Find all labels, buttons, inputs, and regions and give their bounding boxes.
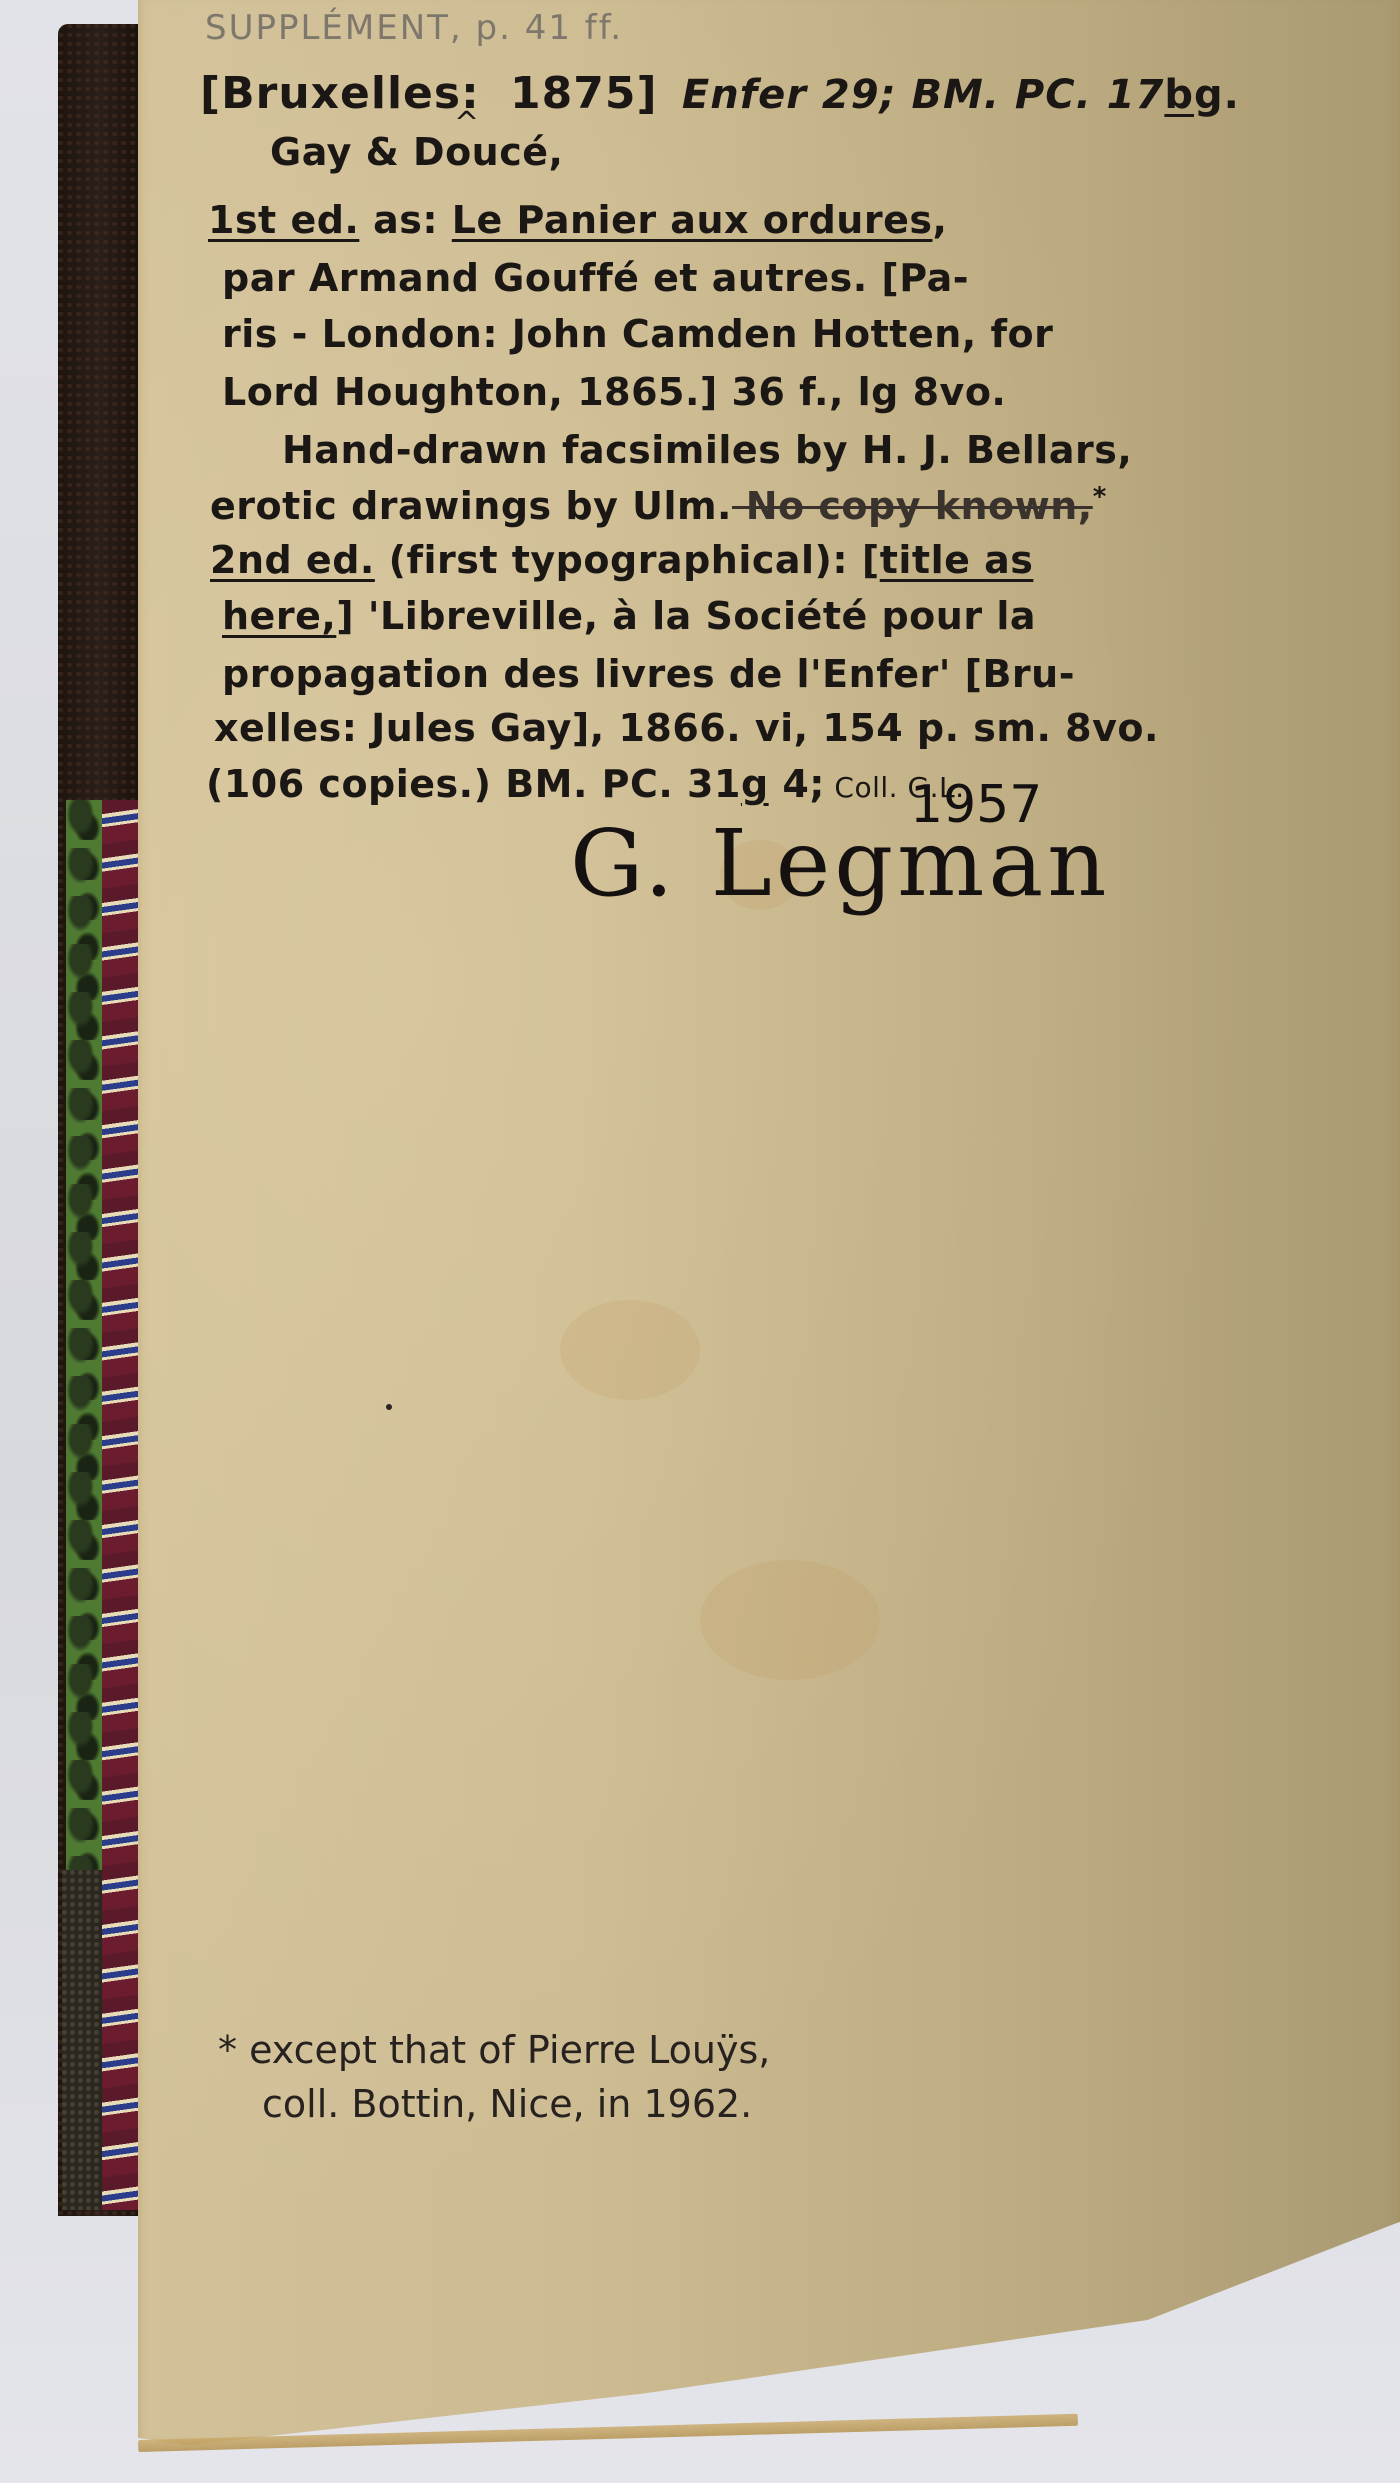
- erotic-drawings-text: erotic drawings by Ulm.: [210, 484, 732, 528]
- no-copy-known-struck: No copy known,: [732, 484, 1093, 528]
- footnote-line-2: coll. Bottin, Nice, in 1962.: [262, 2082, 752, 2126]
- first-edition-label: 1st ed.: [208, 198, 359, 242]
- entry-line-3: 1st ed. as: Le Panier aux ordures,: [208, 198, 947, 242]
- shelfmark-sub: b: [1164, 72, 1194, 118]
- shelfmark-g: g: [741, 762, 769, 806]
- entry-line-2-publishers: Gay & Doucé,: [270, 130, 563, 174]
- marbled-endpaper-strip: [102, 800, 140, 2210]
- entry-line-7: Hand-drawn facsimiles by H. J. Bellars,: [282, 428, 1132, 472]
- shelfmark-4: 4;: [769, 762, 825, 806]
- copies-shelfmark: (106 copies.) BM. PC. 31: [206, 762, 741, 806]
- signature: G. Legman: [570, 810, 1110, 917]
- first-edition-title: Le Panier aux ordures: [452, 198, 933, 242]
- footnote-line-1: * except that of Pierre Louÿs,: [218, 2028, 770, 2072]
- entry-line-4: par Armand Gouffé et autres. [Pa-: [222, 256, 969, 300]
- entry-line-12: xelles: Jules Gay], 1866. vi, 154 p. sm.…: [214, 706, 1159, 750]
- comma: ,: [932, 198, 947, 242]
- libreville-text: ] 'Libreville, à la Société pour la: [336, 594, 1036, 638]
- entry-line-10: here,] 'Libreville, à la Société pour la: [222, 594, 1036, 638]
- second-edition-label: 2nd ed.: [210, 538, 375, 582]
- here-text: here,: [222, 594, 336, 638]
- entry-line-5: ris - London: John Camden Hotten, for: [222, 312, 1053, 356]
- place-bracket: [Bruxelles:: [200, 68, 480, 119]
- entry-line-1: [Bruxelles: 1875] Enfer 29; BM. PC. 17bg…: [200, 68, 1240, 119]
- foxing-stain: [560, 1300, 700, 1400]
- foxing-stain: [700, 1560, 880, 1680]
- leather-board-corner: [62, 1870, 102, 2210]
- shelfmark: Enfer 29; BM. PC. 17: [682, 72, 1164, 118]
- pencil-reference-note: SUPPLÉMENT, p. 41 ff.: [205, 8, 623, 48]
- shelfmark-end: g.: [1194, 72, 1240, 118]
- date-bracket: 1875]: [510, 68, 658, 119]
- as-text: as:: [359, 198, 451, 242]
- entry-line-6: Lord Houghton, 1865.] 36 f., lg 8vo.: [222, 370, 1006, 414]
- title-as-text: title as: [880, 538, 1034, 582]
- entry-line-8: erotic drawings by Ulm. No copy known,*: [210, 482, 1107, 528]
- entry-line-13: (106 copies.) BM. PC. 31g 4; Coll. G.L.: [206, 762, 965, 806]
- ink-speck: [386, 1404, 392, 1410]
- footnote-asterisk: *: [1093, 482, 1107, 512]
- entry-line-9: 2nd ed. (first typographical): [title as: [210, 538, 1033, 582]
- typographical-text: (first typographical): [: [375, 538, 880, 582]
- entry-line-11: propagation des livres de l'Enfer' [Bru-: [222, 652, 1075, 696]
